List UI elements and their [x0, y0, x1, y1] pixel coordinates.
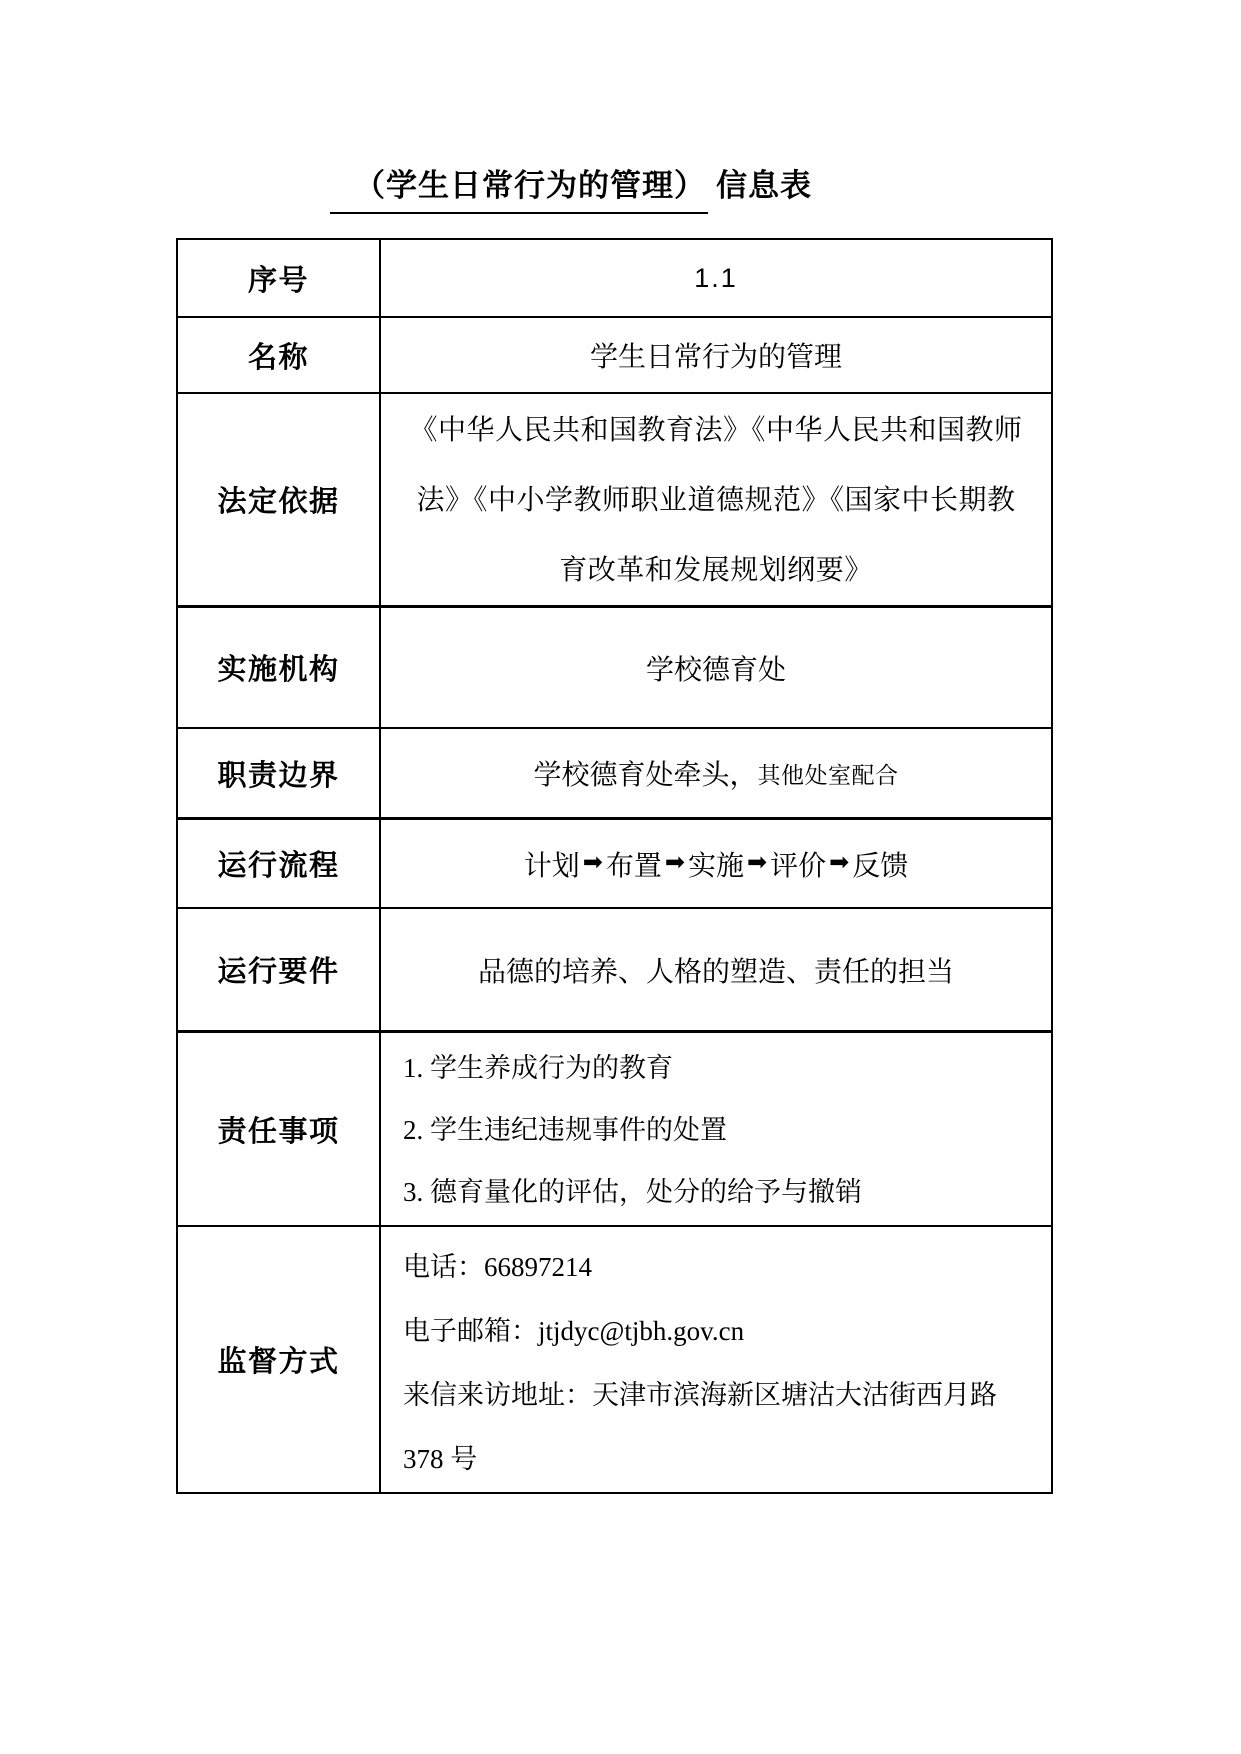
table-row-supervision-methods: 监督方式 电话：66897214 电子邮箱：jtjdyc@tjbh.gov.cn…	[178, 1225, 1051, 1492]
table-row-name: 名称 学生日常行为的管理	[178, 316, 1051, 392]
legal-basis-line: 育改革和发展规划纲要》	[381, 536, 1051, 606]
row-label: 实施机构	[178, 608, 381, 727]
row-value-responsibility-items: 1. 学生养成行为的教育 2. 学生违纪违规事件的处置 3. 德育量化的评估，处…	[381, 1033, 1051, 1225]
row-label: 序号	[178, 240, 381, 316]
title-underlined-part: （学生日常行为的管理）	[330, 160, 708, 214]
arrow-right-icon: ➡	[665, 848, 685, 876]
responsibility-item: 2. 学生违纪违规事件的处置	[403, 1099, 1051, 1161]
supervision-address-line2: 378 号	[403, 1427, 1051, 1491]
row-value-supervision-methods: 电话：66897214 电子邮箱：jtjdyc@tjbh.gov.cn 来信来访…	[381, 1227, 1051, 1492]
table-row-legal-basis: 法定依据 《中华人民共和国教育法》《中华人民共和国教师 法》《中小学教师职业道德…	[178, 392, 1051, 605]
table-row-responsibility-items: 责任事项 1. 学生养成行为的教育 2. 学生违纪违规事件的处置 3. 德育量化…	[178, 1030, 1051, 1225]
process-step: 布置	[606, 844, 662, 884]
document-page: （学生日常行为的管理）信息表 序号 1.1 名称 学生日常行为的管理 法定依据 …	[0, 0, 1241, 1754]
arrow-right-icon: ➡	[829, 848, 849, 876]
responsibility-item: 3. 德育量化的评估，处分的给予与撤销	[403, 1161, 1051, 1223]
row-label: 运行要件	[178, 909, 381, 1030]
legal-basis-line: 《中华人民共和国教育法》《中华人民共和国教师	[381, 396, 1051, 466]
title-suffix: 信息表	[716, 160, 812, 205]
table-row-serial-number: 序号 1.1	[178, 240, 1051, 316]
process-step: 实施	[688, 844, 744, 884]
row-value-operation-process: 计划➡布置➡实施➡评价➡反馈	[381, 820, 1051, 907]
process-step: 评价	[770, 844, 826, 884]
supervision-phone-line: 电话：66897214	[403, 1235, 1051, 1299]
info-table: 序号 1.1 名称 学生日常行为的管理 法定依据 《中华人民共和国教育法》《中华…	[176, 238, 1053, 1494]
row-value-name: 学生日常行为的管理	[381, 318, 1051, 392]
table-row-operation-process: 运行流程 计划➡布置➡实施➡评价➡反馈	[178, 817, 1051, 907]
supervision-email-line: 电子邮箱：jtjdyc@tjbh.gov.cn	[403, 1299, 1051, 1363]
responsibility-item: 1. 学生养成行为的教育	[403, 1037, 1051, 1099]
row-label: 名称	[178, 318, 381, 392]
table-row-operation-elements: 运行要件 品德的培养、人格的塑造、责任的担当	[178, 907, 1051, 1030]
row-value-serial-number: 1.1	[381, 240, 1051, 316]
supervision-address-line: 来信来访地址：天津市滨海新区塘沽大沽街西月路	[403, 1363, 1051, 1427]
process-step: 反馈	[852, 844, 908, 884]
row-value-implementing-agency: 学校德育处	[381, 608, 1051, 727]
legal-basis-line: 法》《中小学教师职业道德规范》《国家中长期教	[381, 466, 1051, 536]
row-value-responsibility-boundary: 学校德育处牵头，其他处室配合	[381, 729, 1051, 817]
arrow-right-icon: ➡	[583, 848, 603, 876]
row-label: 运行流程	[178, 820, 381, 907]
table-row-responsibility-boundary: 职责边界 学校德育处牵头，其他处室配合	[178, 727, 1051, 817]
arrow-right-icon: ➡	[747, 848, 767, 876]
row-label: 责任事项	[178, 1033, 381, 1225]
process-step: 计划	[524, 844, 580, 884]
table-row-implementing-agency: 实施机构 学校德育处	[178, 605, 1051, 727]
row-value-legal-basis: 《中华人民共和国教育法》《中华人民共和国教师 法》《中小学教师职业道德规范》《国…	[381, 394, 1051, 605]
row-label: 职责边界	[178, 729, 381, 817]
page-title: （学生日常行为的管理）信息表	[330, 160, 812, 214]
boundary-main-text: 学校德育处牵头，	[533, 753, 757, 793]
row-label: 法定依据	[178, 394, 381, 605]
row-label: 监督方式	[178, 1227, 381, 1492]
row-value-operation-elements: 品德的培养、人格的塑造、责任的担当	[381, 909, 1051, 1030]
boundary-sub-text: 其他处室配合	[758, 757, 899, 790]
